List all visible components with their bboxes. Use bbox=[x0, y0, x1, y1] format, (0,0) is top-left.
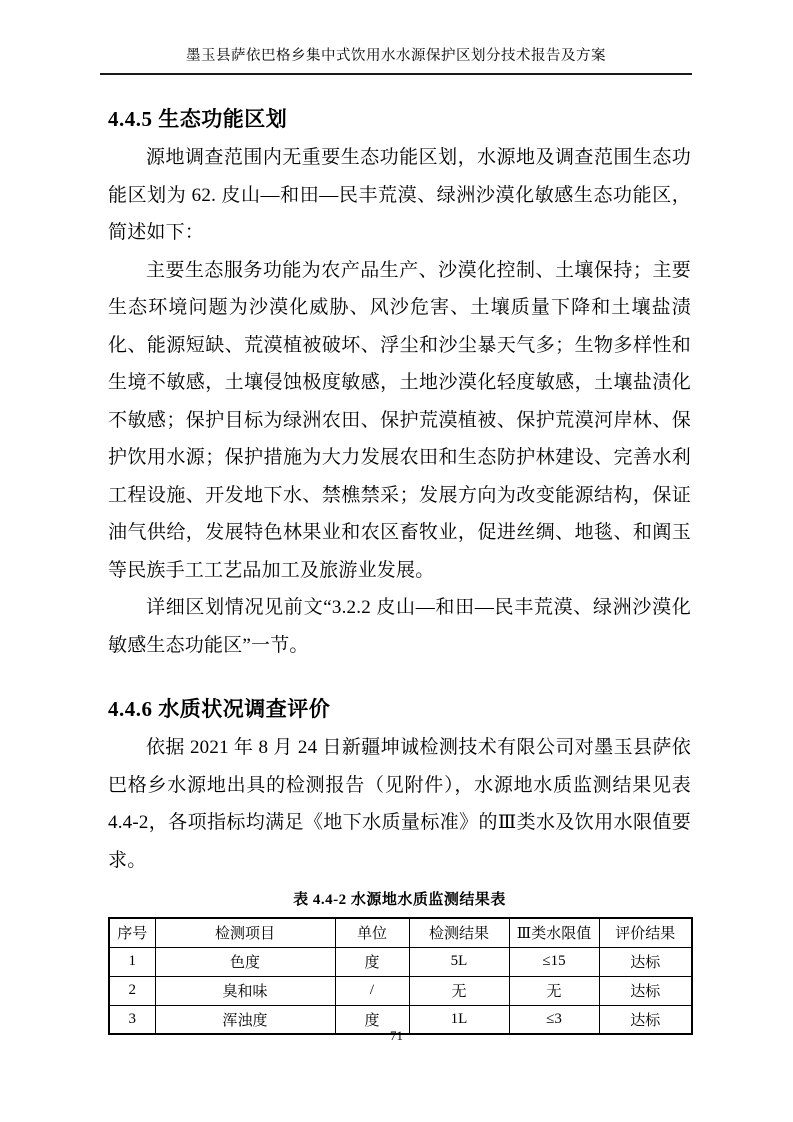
running-header: 墨玉县萨依巴格乡集中式饮用水水源保护区划分技术报告及方案 bbox=[100, 44, 692, 75]
col-header-index: 序号 bbox=[109, 918, 155, 947]
section-heading-445: 4.4.5 生态功能区划 bbox=[108, 103, 691, 133]
cell-limit: ≤15 bbox=[509, 947, 599, 976]
water-quality-table: 序号 检测项目 单位 检测结果 Ⅲ类水限值 评价结果 1 色度 度 5L ≤15… bbox=[108, 917, 693, 1035]
table-header-row: 序号 检测项目 单位 检测结果 Ⅲ类水限值 评价结果 bbox=[109, 918, 692, 947]
col-header-limit: Ⅲ类水限值 bbox=[509, 918, 599, 947]
cell-unit: 度 bbox=[335, 947, 409, 976]
section-heading-446: 4.4.6 水质状况调查评价 bbox=[108, 693, 691, 723]
table-row: 1 色度 度 5L ≤15 达标 bbox=[109, 947, 692, 976]
cell-eval: 达标 bbox=[599, 947, 692, 976]
col-header-unit: 单位 bbox=[335, 918, 409, 947]
cell-unit: / bbox=[335, 976, 409, 1005]
cell-item: 色度 bbox=[155, 947, 335, 976]
document-page: 墨玉县萨依巴格乡集中式饮用水水源保护区划分技术报告及方案 4.4.5 生态功能区… bbox=[0, 0, 793, 1122]
cell-limit: 无 bbox=[509, 976, 599, 1005]
cell-result: 5L bbox=[409, 947, 509, 976]
paragraph: 主要生态服务功能为农产品生产、沙漠化控制、土壤保持；主要生态环境问题为沙漠化威胁… bbox=[108, 252, 691, 590]
cell-index: 1 bbox=[109, 947, 155, 976]
table-row: 2 臭和味 / 无 无 达标 bbox=[109, 976, 692, 1005]
paragraph: 详细区划情况见前文“3.2.2 皮山—和田—民丰荒漠、绿洲沙漠化敏感生态功能区”… bbox=[108, 589, 691, 664]
paragraph: 源地调查范围内无重要生态功能区划，水源地及调查范围生态功能区划为 62. 皮山—… bbox=[108, 139, 691, 252]
col-header-eval: 评价结果 bbox=[599, 918, 692, 947]
cell-eval: 达标 bbox=[599, 976, 692, 1005]
cell-result: 无 bbox=[409, 976, 509, 1005]
col-header-item: 检测项目 bbox=[155, 918, 335, 947]
page-number: 71 bbox=[0, 1028, 793, 1044]
page-content: 4.4.5 生态功能区划 源地调查范围内无重要生态功能区划，水源地及调查范围生态… bbox=[108, 74, 691, 1035]
paragraph: 依据 2021 年 8 月 24 日新疆坤诚检测技术有限公司对墨玉县萨依巴格乡水… bbox=[108, 729, 691, 879]
col-header-result: 检测结果 bbox=[409, 918, 509, 947]
table-caption: 表 4.4-2 水源地水质监测结果表 bbox=[108, 888, 691, 909]
cell-index: 2 bbox=[109, 976, 155, 1005]
report-title: 墨玉县萨依巴格乡集中式饮用水水源保护区划分技术报告及方案 bbox=[186, 48, 606, 64]
cell-item: 臭和味 bbox=[155, 976, 335, 1005]
